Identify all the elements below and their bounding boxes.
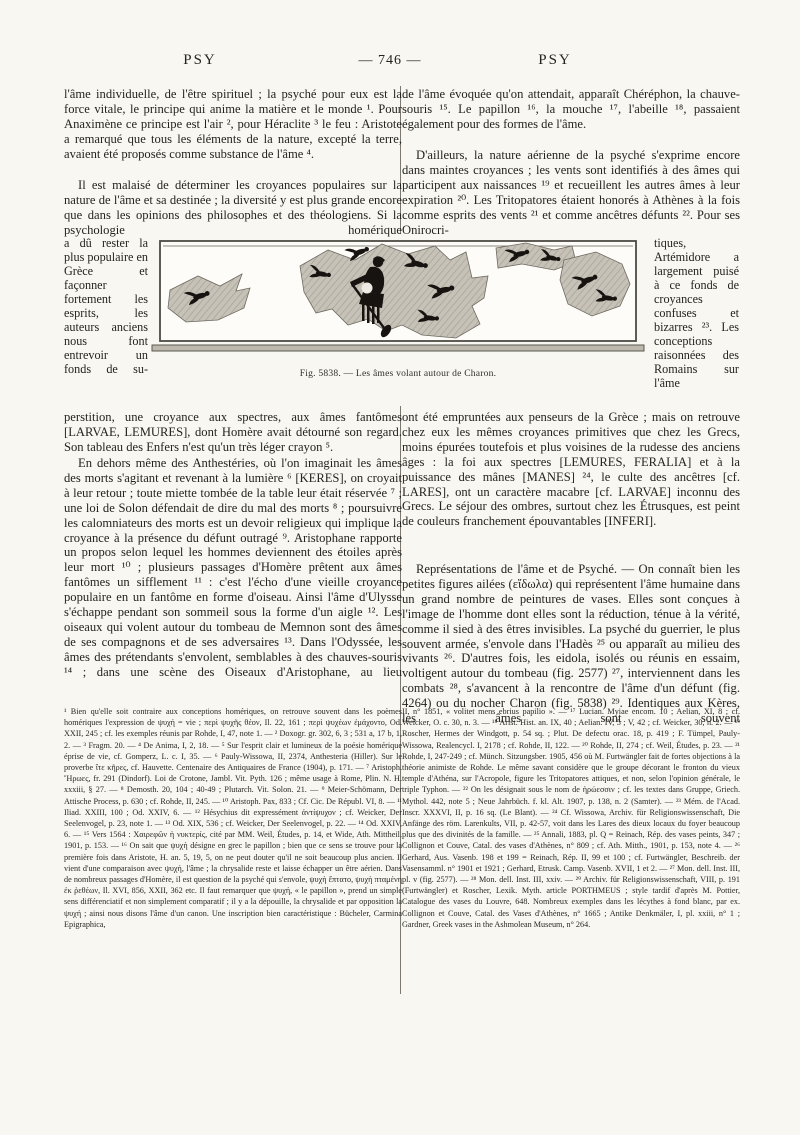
right-column-nature-aerienne-paragraph: D'ailleurs, la nature aérienne de la psy… bbox=[402, 148, 740, 237]
left-column-superstition-paragraph: perstition, une croyance aux spectres, a… bbox=[64, 410, 402, 455]
left-column-anthesteries-paragraph: En dehors même des Anthestéries, où l'on… bbox=[64, 456, 402, 680]
running-head-right: PSY bbox=[505, 52, 605, 69]
left-narrow-column-beside-figure: a dû rester la plus populaire en Grèce e… bbox=[64, 236, 148, 376]
frieze-baseline bbox=[152, 345, 644, 351]
running-head-left: PSY bbox=[150, 52, 250, 69]
right-narrow-column-beside-figure: tiques, Artémidore a largement puisé à c… bbox=[654, 236, 739, 390]
figure-5838 bbox=[150, 238, 646, 364]
footnotes-left-column: ¹ Bien qu'elle soit contraire aux concep… bbox=[64, 706, 402, 930]
left-column-croyances-paragraph: Il est malaisé de déterminer les croyanc… bbox=[64, 178, 402, 238]
footnotes-right-column: II, n° 1851, « volitet mens ebrius papil… bbox=[402, 706, 740, 930]
figure-caption: Fig. 5838. — Les âmes volant autour de C… bbox=[150, 368, 646, 379]
right-column-representations-paragraph: Représentations de l'âme et de Psyché. —… bbox=[402, 562, 740, 726]
page-number: — 746 — bbox=[300, 53, 480, 69]
left-column-opening-paragraph: l'âme individuelle, de l'être spirituel … bbox=[64, 87, 402, 162]
scanned-dictionary-page: PSY — 746 — PSY l'âme individuelle, de l… bbox=[0, 0, 800, 1135]
right-column-formes-paragraph: de l'âme évoquée qu'on attendait, appara… bbox=[402, 87, 740, 132]
right-column-romains-paragraph: ont été empruntées aux penseurs de la Gr… bbox=[402, 410, 740, 529]
vase-frieze-engraving bbox=[150, 238, 646, 364]
